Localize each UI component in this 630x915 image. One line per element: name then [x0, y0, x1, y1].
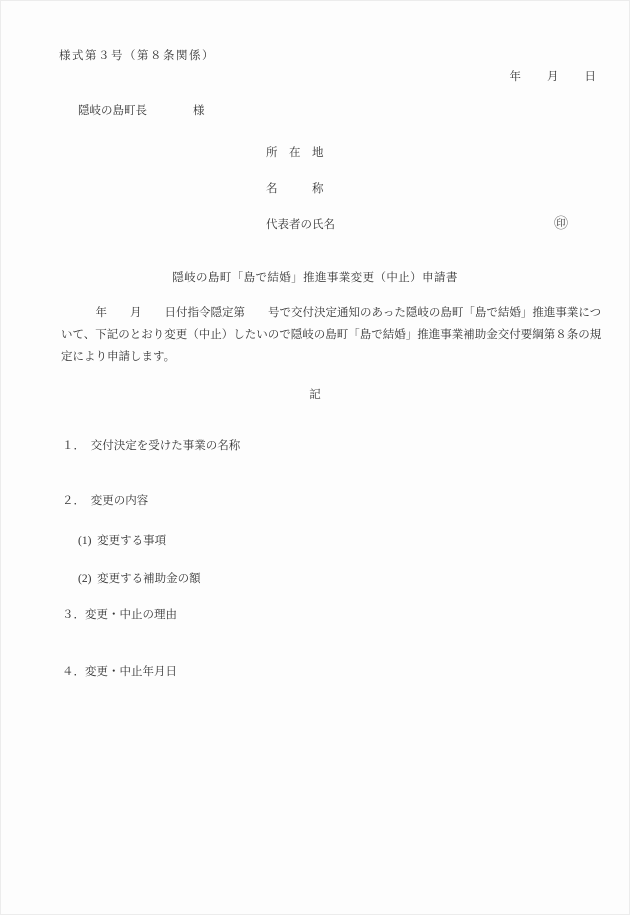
seal-mark-icon: ㊞ [554, 217, 568, 232]
document-title: 隠岐の島町「島で結婚」推進事業変更（中止）申請書 [1, 269, 629, 285]
applicant-representative-label: 代表者の氏名 [266, 218, 335, 233]
date-line: 年 月 日 [510, 70, 598, 85]
applicant-name-label: 名 称 [266, 182, 324, 197]
body-line-2: いて、下記のとおり変更（中止）したいので隠岐の島町「島で結婚」推進事業補助金交付… [61, 324, 606, 346]
body-line-3: 定により申請します。 [61, 346, 606, 368]
body-paragraph: 年 月 日付指令隠定第 号で交付決定通知のあった隠岐の島町「島で結婚」推進事業に… [61, 302, 606, 368]
item-2-2-changed-subsidy-amount: (2) 変更する補助金の額 [78, 572, 201, 587]
item-4-change-cancel-date: ４．変更・中止年月日 [62, 665, 177, 680]
application-form-page: 様式第３号（第８条関係） 年 月 日 隠岐の島町長 様 所 在 地 名 称 代表… [0, 0, 630, 915]
applicant-address-label: 所 在 地 [266, 146, 324, 161]
item-1-granted-business-name: １． 交付決定を受けた事業の名称 [62, 439, 240, 454]
item-3-reason-for-change-cancel: ３．変更・中止の理由 [62, 608, 177, 623]
item-2-change-contents: ２． 変更の内容 [62, 494, 148, 509]
record-heading: 記 [1, 386, 629, 402]
body-line-1: 年 月 日付指令隠定第 号で交付決定通知のあった隠岐の島町「島で結婚」推進事業に… [61, 302, 606, 324]
item-2-1-changed-matters: (1) 変更する事項 [78, 534, 166, 549]
addressee-mayor: 隠岐の島町長 様 [78, 104, 205, 119]
form-number: 様式第３号（第８条関係） [59, 49, 215, 64]
